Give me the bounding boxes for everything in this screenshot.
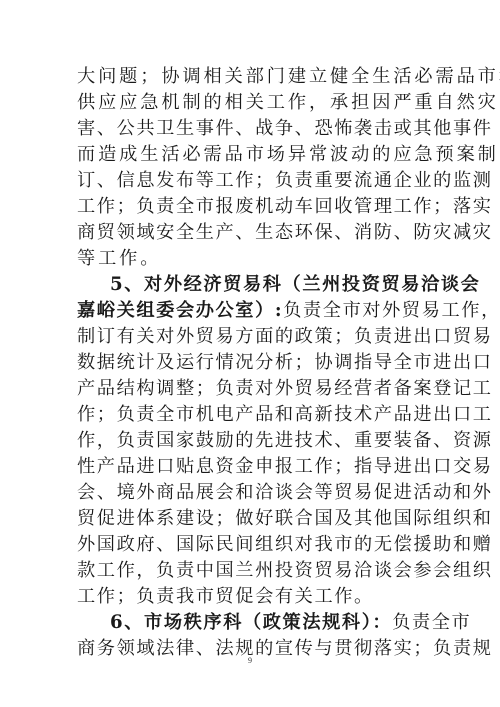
text-line: 外国政府、国际民间组织对我市的无偿援助和赠 [77, 532, 424, 558]
text-line: 大问题；协调相关部门建立健全生活必需品市场 [77, 64, 424, 90]
section-5-heading-part1: 5、对外经济贸易科（兰州投资贸易洽谈会 [110, 274, 480, 295]
page-number: 9 [0, 656, 500, 665]
text-line: 害、公共卫生事件、战争、恐怖袭击或其他事件 [77, 116, 424, 142]
text-line: 工作；负责我市贸促会有关工作。 [77, 584, 424, 610]
text-line: 作；负责全市机电产品和高新技术产品进出口工 [77, 402, 424, 428]
text-line: 数据统计及运行情况分析；协调指导全市进出口 [77, 350, 424, 376]
text-line: 制订有关对外贸易方面的政策；负责进出口贸易 [77, 324, 424, 350]
section-5-heading-tail: 负责全市对外贸易工作， [283, 300, 500, 321]
text-line: 贸促进体系建设；做好联合国及其他国际组织和 [77, 506, 424, 532]
text-line: 而造成生活必需品市场异常波动的应急预案制 [77, 142, 424, 168]
text-line: 产品结构调整；负责对外贸易经营者备案登记工 [77, 376, 424, 402]
text-line: 款工作，负责中国兰州投资贸易洽谈会参会组织 [77, 558, 424, 584]
section-5-heading-part2: 嘉峪关组委会办公室）: [77, 300, 283, 321]
text-line: 供应应急机制的相关工作，承担因严重自然灾 [77, 90, 424, 116]
text-line: 商贸领域安全生产、生态环保、消防、防灾减灾 [77, 220, 424, 246]
section-5-heading-line2: 嘉峪关组委会办公室）:负责全市对外贸易工作， [77, 298, 424, 324]
section-6-heading-line: 6、市场秩序科（政策法规科）：负责全市 [77, 610, 424, 636]
document-page: 大问题；协调相关部门建立健全生活必需品市场 供应应急机制的相关工作，承担因严重自… [77, 64, 424, 662]
text-line: 作，负责国家鼓励的先进技术、重要装备、资源 [77, 428, 424, 454]
section-6-heading-tail: 负责全市 [392, 612, 471, 633]
section-6-heading: 6、市场秩序科（政策法规科）： [110, 612, 392, 633]
text-line: 等工作。 [77, 246, 424, 272]
text-line: 会、境外商品展会和洽谈会等贸易促进活动和外 [77, 480, 424, 506]
section-5-heading: 5、对外经济贸易科（兰州投资贸易洽谈会 [77, 272, 424, 298]
text-line: 性产品进口贴息资金申报工作；指导进出口交易 [77, 454, 424, 480]
text-line: 订、信息发布等工作；负责重要流通企业的监测 [77, 168, 424, 194]
text-line: 工作；负责全市报废机动车回收管理工作；落实 [77, 194, 424, 220]
